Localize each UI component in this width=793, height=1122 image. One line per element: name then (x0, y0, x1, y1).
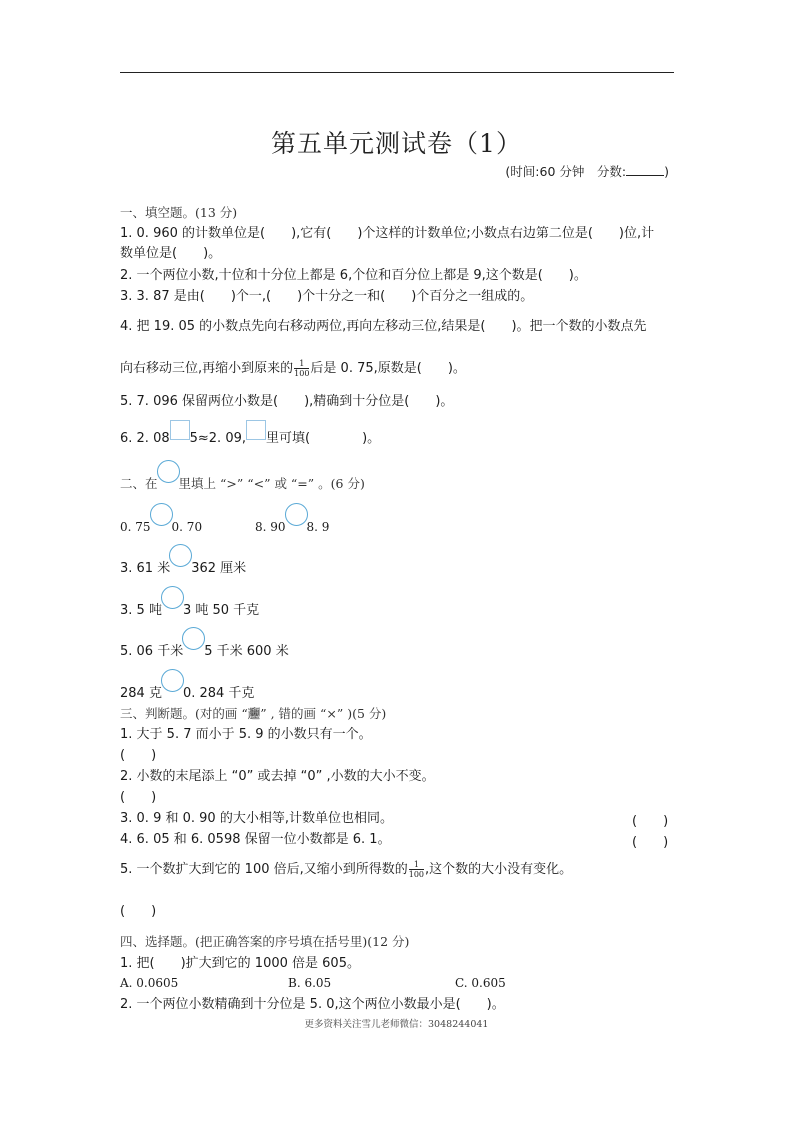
s1-q2: 2. 一个两位小数,十位和十分位上都是 6,个位和百分位上都是 9,这个数是( … (120, 267, 587, 285)
footer-note: 更多资料关注雪儿老师微信：3048244041 (0, 1016, 793, 1030)
compare-right: 362 厘米 (191, 561, 246, 576)
score-blank[interactable] (626, 163, 664, 176)
compare-right: 5 千米 600 米 (204, 644, 288, 659)
compare-left: 284 克 (120, 686, 162, 701)
compare-right: 0. 70 (172, 520, 203, 534)
compare-circle[interactable] (150, 503, 173, 526)
section1-heading: 一、填空题。(13 分) (120, 204, 237, 222)
s1-q4-line1: 4. 把 19. 05 的小数点先向右移动两位,再向左移动三位,结果是( )。把… (120, 318, 647, 336)
s3-q5: 5. 一个数扩大到它的 100 倍后,又缩小到所得数的1100,这个数的大小没有… (120, 860, 572, 879)
s4-q2: 2. 一个两位小数精确到十分位是 5. 0,这个两位小数最小是( )。 (120, 996, 505, 1014)
s2-heading-a: 二、在 (120, 476, 158, 491)
top-rule (120, 72, 674, 73)
s1-q5: 5. 7. 096 保留两位小数是( ),精确到十分位是( )。 (120, 393, 453, 411)
compare-circle[interactable] (161, 586, 184, 609)
s1-q1-line1: 1. 0. 960 的计数单位是( ),它有( )个这样的计数单位;小数点右边第… (120, 225, 654, 243)
compare-item-2: 8. 908. 9 (255, 510, 329, 537)
fraction-one-hundredth: 1100 (409, 860, 424, 879)
compare-left: 8. 90 (255, 520, 286, 534)
option-a[interactable]: A. 0.0605 (120, 976, 178, 990)
fraction-one-hundredth: 1100 (294, 359, 309, 378)
compare-left: 3. 5 吨 (120, 603, 162, 618)
s3-q4: 4. 6. 05 和 6. 0598 保留一位小数都是 6. 1。 (120, 831, 391, 849)
s1-q3: 3. 3. 87 是由( )个一,( )个十分之一和( )个百分之一组成的。 (120, 288, 533, 306)
section2-heading: 二、在里填上 “>” “<” 或 “=” 。(6 分) (120, 467, 365, 493)
compare-right: 8. 9 (307, 520, 330, 534)
s1-q4-text-a: 向右移动三位,再缩小到原来的 (120, 361, 293, 376)
compare-item-1: 0. 750. 70 (120, 510, 202, 537)
exam-info: (时间:60 分钟 分数:) (505, 162, 669, 180)
s1-q4-text-b: 后是 0. 75,原数是( )。 (310, 361, 466, 376)
answer-box-legend (246, 420, 266, 440)
s4-q1: 1. 把( )扩大到它的 1000 倍是 605。 (120, 955, 360, 973)
frac-denominator: 100 (294, 369, 309, 378)
s1-q6-text-a: 6. 2. 08 (120, 431, 170, 446)
s1-q4-line2: 向右移动三位,再缩小到原来的1100后是 0. 75,原数是( )。 (120, 359, 466, 378)
compare-item-6: 284 克0. 284 千克 (120, 676, 254, 703)
compare-circle[interactable] (161, 669, 184, 692)
s3-q5-answer[interactable]: ( ) (120, 903, 156, 921)
time-score-label: (时间:60 分钟 分数: (505, 164, 626, 179)
s3-q3-answer[interactable]: ( ) (632, 810, 668, 829)
s2-heading-b: 里填上 “>” “<” 或 “=” 。(6 分) (179, 476, 365, 491)
compare-circle[interactable] (182, 627, 205, 650)
s1-q6-text-b: 5≈2. 09, (190, 431, 246, 446)
compare-right: 3 吨 50 千克 (183, 603, 259, 618)
compare-item-4: 3. 5 吨3 吨 50 千克 (120, 593, 259, 620)
circle-icon (157, 460, 180, 483)
compare-left: 3. 61 米 (120, 561, 170, 576)
compare-circle[interactable] (169, 544, 192, 567)
s1-q6-text-c: 里可填( )。 (266, 431, 380, 446)
s3-q2: 2. 小数的末尾添上 “0” 或去掉 “0” ,小数的大小不变。 (120, 768, 435, 786)
compare-left: 5. 06 千米 (120, 644, 183, 659)
compare-item-3: 3. 61 米362 厘米 (120, 551, 246, 578)
close-paren: ) (664, 164, 669, 179)
answer-box[interactable] (170, 420, 190, 440)
s1-q6: 6. 2. 085≈2. 09,里可填( )。 (120, 424, 380, 448)
s1-q1-line2: 数单位是( )。 (120, 245, 221, 263)
s3-q5-text-a: 5. 一个数扩大到它的 100 倍后,又缩小到所得数的 (120, 862, 408, 877)
section4-heading: 四、选择题。(把正确答案的序号填在括号里)(12 分) (120, 933, 409, 951)
s3-q1-answer[interactable]: ( ) (120, 747, 156, 765)
compare-right: 0. 284 千克 (183, 686, 254, 701)
page-title: 第五单元测试卷（1） (0, 124, 793, 160)
frac-numerator: 1 (409, 860, 424, 870)
option-c[interactable]: C. 0.605 (455, 976, 506, 990)
compare-left: 0. 75 (120, 520, 151, 534)
section3-heading: 三、判断题。(对的画 “𰻞” , 错的画 “×” )(5 分) (120, 705, 386, 723)
frac-numerator: 1 (294, 359, 309, 369)
option-b[interactable]: B. 6.05 (288, 976, 331, 990)
s3-q3: 3. 0. 9 和 0. 90 的大小相等,计数单位也相同。 (120, 810, 393, 828)
compare-circle[interactable] (285, 503, 308, 526)
s3-q2-answer[interactable]: ( ) (120, 789, 156, 807)
s3-q5-text-b: ,这个数的大小没有变化。 (425, 862, 572, 877)
frac-denominator: 100 (409, 870, 424, 879)
s3-q1: 1. 大于 5. 7 而小于 5. 9 的小数只有一个。 (120, 726, 372, 744)
s3-q4-answer[interactable]: ( ) (632, 831, 668, 850)
compare-item-5: 5. 06 千米5 千米 600 米 (120, 634, 289, 661)
